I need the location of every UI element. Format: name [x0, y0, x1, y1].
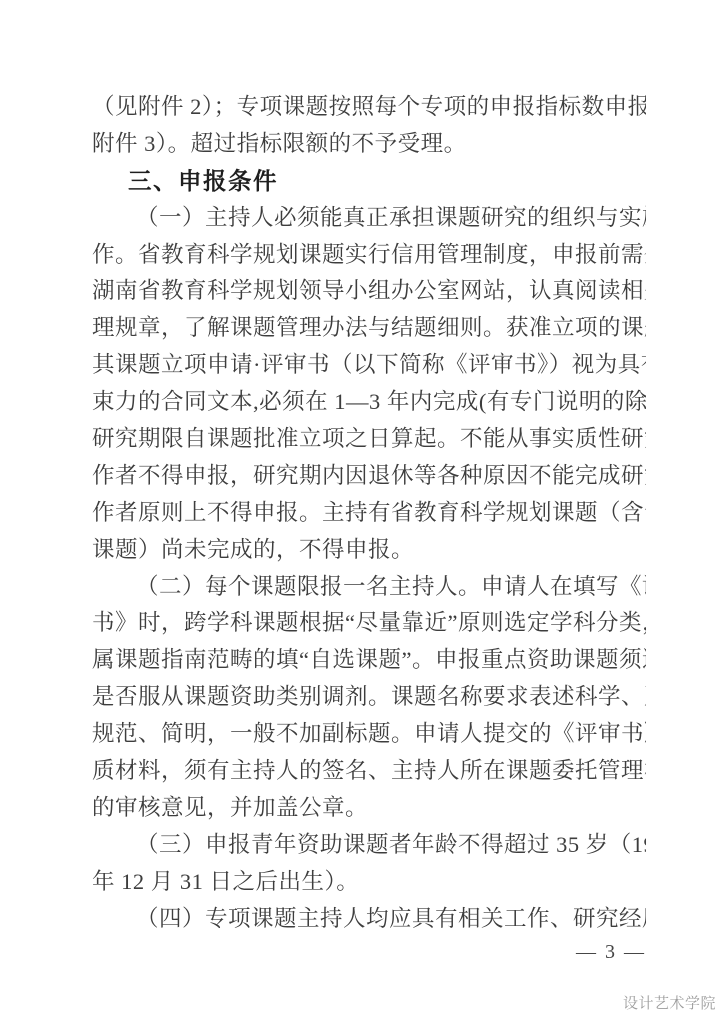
page-number: — 3 —: [92, 940, 646, 964]
text-line: 年 12 月 31 日之后出生）。: [92, 864, 646, 901]
text-line: 属课题指南范畴的填“自选课题”。申报重点资助课题须选择: [92, 642, 646, 679]
paragraph-item-4: （四）专项课题主持人均应具有相关工作、研究经历和: [92, 901, 646, 938]
text-line: 是否服从课题资助类别调剂。课题名称要求表述科学、严谨、: [92, 679, 646, 716]
text-line: 规范、简明，一般不加副标题。申请人提交的《评审书》纸: [92, 716, 646, 753]
text-line: 课题）尚未完成的，不得申报。: [92, 532, 646, 569]
text-line: 湖南省教育科学规划领导小组办公室网站，认真阅读相关管: [92, 273, 646, 310]
text-line: 附件 3）。超过指标限额的不予受理。: [92, 126, 646, 163]
text-line: （二）每个课题限报一名主持人。申请人在填写《评审: [92, 569, 646, 606]
text-line: 作者不得申报，研究期内因退休等各种原因不能完成研究工: [92, 458, 646, 495]
paragraph-item-3: （三）申报青年资助课题者年龄不得超过 35 岁（1986 年 12 月 31 日…: [92, 827, 646, 901]
text-line: 书》时，跨学科课题根据“尽量靠近”原则选定学科分类，不: [92, 605, 646, 642]
paragraph-item-1: （一）主持人必须能真正承担课题研究的组织与实施工 作。省教育科学规划课题实行信用…: [92, 200, 646, 569]
text-line: （一）主持人必须能真正承担课题研究的组织与实施工: [92, 200, 646, 237]
text-line: 作。省教育科学规划课题实行信用管理制度，申报前需登录: [92, 237, 646, 274]
text-line: （见附件 2）；专项课题按照每个专项的申报指标数申报（见: [92, 89, 646, 126]
text-line: 其课题立项申请·评审书（以下简称《评审书》）视为具有约: [92, 347, 646, 384]
text-line: 的审核意见，并加盖公章。: [92, 790, 646, 827]
text-line: 研究期限自课题批准立项之日算起。不能从事实质性研究工: [92, 421, 646, 458]
text-line: 作者原则上不得申报。主持有省教育科学规划课题（含专项: [92, 495, 646, 532]
text-line: 理规章，了解课题管理办法与结题细则。获准立项的课题，: [92, 310, 646, 347]
watermark-text: 设计艺术学院: [623, 992, 716, 1013]
section-heading: 三、申报条件: [92, 163, 646, 200]
document-page: （见附件 2）；专项课题按照每个专项的申报指标数申报（见 附件 3）。超过指标限…: [0, 0, 724, 1024]
text-line: 质材料，须有主持人的签名、主持人所在课题委托管理机构: [92, 753, 646, 790]
text-line: （三）申报青年资助课题者年龄不得超过 35 岁（1986: [92, 827, 646, 864]
text-line: 束力的合同文本,必须在 1—3 年内完成(有专门说明的除外),: [92, 384, 646, 421]
paragraph-continuation: （见附件 2）；专项课题按照每个专项的申报指标数申报（见 附件 3）。超过指标限…: [92, 89, 646, 163]
paragraph-item-2: （二）每个课题限报一名主持人。申请人在填写《评审 书》时，跨学科课题根据“尽量靠…: [92, 569, 646, 827]
text-line: （四）专项课题主持人均应具有相关工作、研究经历和: [92, 901, 646, 938]
